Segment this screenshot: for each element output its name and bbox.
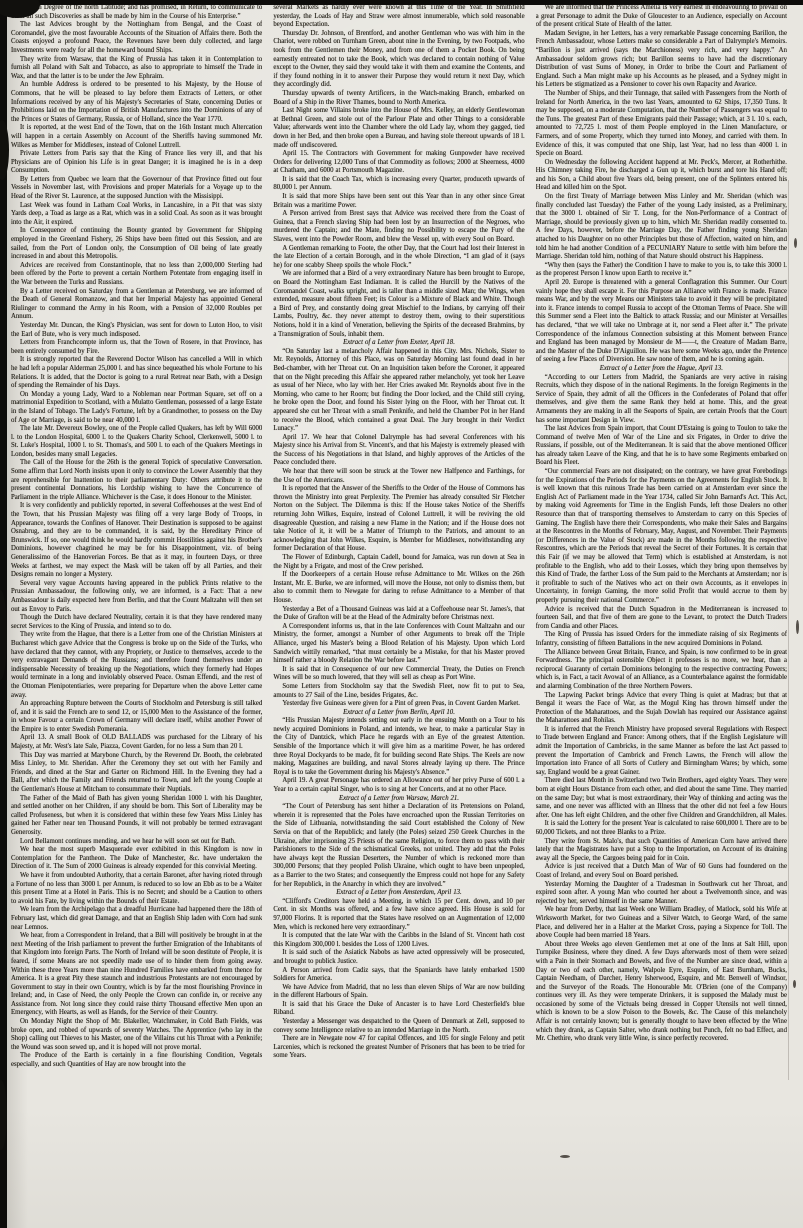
news-paragraph: About three Weeks ago eleven Gentlemen m… — [536, 941, 787, 1044]
news-paragraph: We have Advice from Madrid, that no less… — [273, 984, 524, 1001]
news-paragraph: Thursday Dr. Johnson, of Brentford, and … — [273, 30, 524, 90]
news-paragraph: The King of Prussia has issued Orders fo… — [536, 631, 787, 648]
news-paragraph: Advices are received from Constantinople… — [11, 262, 262, 288]
news-paragraph: We hear, from a Correspondent in Ireland… — [11, 932, 262, 1018]
news-paragraph: Yesterday a Messenger was despatched to … — [273, 1018, 524, 1035]
scan-speck — [793, 980, 796, 988]
news-paragraph: The late Mr. Devereux Bowley, one of the… — [11, 425, 262, 459]
news-paragraph: If the Doorkeepers of a certain House re… — [273, 571, 524, 605]
news-paragraph: We have it from undoubted Authority, tha… — [11, 872, 262, 906]
news-paragraph: We learn from the Archipelago that a dre… — [11, 906, 262, 932]
news-paragraph: We are informed that the Princess Amelia… — [536, 4, 787, 30]
column-1: as the 14th Degree of the north Latitude… — [11, 4, 262, 1200]
news-paragraph: The last Advices brought by the Nottingh… — [11, 21, 262, 55]
scan-speck — [794, 238, 797, 248]
scan-edge-top — [0, 0, 803, 5]
news-paragraph: A Person arrived from Cadiz says, that t… — [273, 967, 524, 984]
news-paragraph: Yesterday Mr. Duncan, the King's Physici… — [11, 322, 262, 339]
news-paragraph: Yesterday a Bet of a Thousand Guineas wa… — [273, 606, 524, 623]
news-paragraph: Yesterday Morning the Daughter of a Trad… — [536, 881, 787, 907]
news-paragraph: April 15. The Contractors with Governmen… — [273, 150, 524, 176]
news-paragraph: several Markets as hardly ever were know… — [273, 4, 524, 30]
news-paragraph: “The Court of Petersburg has sent hither… — [273, 803, 524, 889]
news-paragraph: The Number of Ships, and their Tunnage, … — [536, 90, 787, 159]
news-paragraph: On Wednesday the following Accident happ… — [536, 159, 787, 193]
newspaper-columns: as the 14th Degree of the north Latitude… — [11, 4, 787, 1200]
news-paragraph: “According to our Letters from Madrid, t… — [536, 374, 787, 426]
news-paragraph: It is said that in Consequence of our ne… — [273, 666, 524, 683]
right-margin-rule — [788, 180, 789, 1080]
news-paragraph: Several very vague Accounts having appea… — [11, 580, 262, 614]
news-paragraph: Advice is just received that a Dutch Man… — [536, 863, 787, 880]
news-paragraph: The Alliance between Great Britain, Fran… — [536, 649, 787, 692]
news-paragraph: On Monday a young Lady, Ward to a Noblem… — [11, 391, 262, 425]
news-paragraph: The Produce of the Earth is certainly in… — [11, 1052, 262, 1069]
column-3: We are informed that the Princess Amelia… — [536, 4, 787, 1200]
news-paragraph: “Why then (says the Father) the Conditio… — [536, 262, 787, 279]
news-paragraph: Letters from Franchcompte inform us, tha… — [11, 339, 262, 356]
news-paragraph: Advice is received that the Dutch Squadr… — [536, 606, 787, 632]
scan-edge-blotch — [0, 120, 9, 180]
news-paragraph: It is said that the Coach Tax, which is … — [273, 176, 524, 193]
news-paragraph: They write from the Hague, that there is… — [11, 631, 262, 700]
news-paragraph: “Clifford's Creditors have held a Meetin… — [273, 898, 524, 932]
news-paragraph: In Consequence of continuing the Bounty … — [11, 227, 262, 261]
news-paragraph: By Letters from Quebec we learn that the… — [11, 176, 262, 202]
news-paragraph: Private Letters from Paris say that the … — [11, 150, 262, 176]
news-paragraph: We hear from Derby, that last Week one W… — [536, 906, 787, 940]
news-paragraph: April 13. A small Book of OLD BALLADS wa… — [11, 734, 262, 751]
news-paragraph: A Person arrived from Brest says that Ad… — [273, 210, 524, 244]
news-paragraph: It is computed that the late War with th… — [273, 932, 524, 949]
news-paragraph: By a Letter received on Saturday from a … — [11, 288, 262, 322]
news-paragraph: The Flower of Edinburgh, Captain Cadell,… — [273, 554, 524, 571]
news-paragraph: They write from St. Malo's, that such Qu… — [536, 838, 787, 864]
news-paragraph: Lord Bellamont continues mending, and we… — [11, 838, 262, 847]
letter-extract-heading: Extract of a Letter from Exeter, April 1… — [273, 339, 524, 348]
news-paragraph: Last Week was found in Latham Coal Works… — [11, 202, 262, 228]
news-paragraph: April 19. A great Personage has ordered … — [273, 777, 524, 794]
news-paragraph: On Monday Night the Shop of Mr. Blakelle… — [11, 1018, 262, 1052]
news-paragraph: The last Advices from Spain import, that… — [536, 425, 787, 468]
news-paragraph: It is very confidently and publickly rep… — [11, 502, 262, 579]
news-paragraph: This Day was married at Marybone Church,… — [11, 752, 262, 795]
news-paragraph: An humble Address is ordered to be prese… — [11, 81, 262, 124]
news-paragraph: as the 14th Degree of the north Latitude… — [11, 4, 262, 21]
news-paragraph: It is said such of the Asiatick Nabobs a… — [273, 949, 524, 966]
news-paragraph: There are in Newgate now 47 for capital … — [273, 1035, 524, 1061]
news-paragraph: Though the Dutch have declared Neutralit… — [11, 614, 262, 631]
news-paragraph: The Lapwing Packet brings Advice that ev… — [536, 692, 787, 726]
news-paragraph: “His Prussian Majesty intends setting ou… — [273, 717, 524, 777]
news-paragraph: They write from Warsaw, that the King of… — [11, 56, 262, 82]
news-paragraph: It is reported, at the west End of the T… — [11, 124, 262, 150]
letter-extract-heading: Extract of a Letter from Amsterdam, Apri… — [273, 889, 524, 898]
news-paragraph: Thursday upwards of twenty Artificers, i… — [273, 90, 524, 107]
news-paragraph: An approaching Rupture between the Court… — [11, 700, 262, 734]
news-paragraph: April 17. We hear that Colonel Dalrymple… — [273, 434, 524, 468]
letter-extract-heading: Extract of a Letter from Berlin, April 1… — [273, 709, 524, 718]
newspaper-page: as the 14th Degree of the north Latitude… — [0, 0, 803, 1228]
news-paragraph: Some Letters from Stockholm say that the… — [273, 683, 524, 700]
news-paragraph: We hear that there will soon be struck a… — [273, 468, 524, 485]
news-paragraph: A Gentleman remarking to Foote, the othe… — [273, 245, 524, 271]
news-paragraph: The Call of the House for the 26th is th… — [11, 459, 262, 502]
letter-extract-heading: Extract of a Letter from Warsaw, March 2… — [273, 795, 524, 804]
news-paragraph: Last Night some Villains broke into the … — [273, 107, 524, 150]
news-paragraph: Madam Sevigne, in her Letters, has a ver… — [536, 30, 787, 90]
letter-extract-heading: Extract of a Letter from the Hague, Apri… — [536, 365, 787, 374]
column-2: several Markets as hardly ever were know… — [273, 4, 524, 1200]
news-paragraph: It is said that his Grace the Duke of An… — [273, 1001, 524, 1018]
news-paragraph: It is reported that the Answer of the Sh… — [273, 485, 524, 554]
news-paragraph: It is inferred that the French Ministry … — [536, 726, 787, 778]
news-paragraph: It is said the Lottery for the present Y… — [536, 820, 787, 837]
news-paragraph: We hear the most superb Masquerade ever … — [11, 846, 262, 872]
news-paragraph: We are informed that a Bird of a very ex… — [273, 270, 524, 339]
news-paragraph: “On Saturday last a melancholy Affair ha… — [273, 348, 524, 434]
news-paragraph: It is strongly reported that the Reveren… — [11, 356, 262, 390]
news-paragraph: April 20. Europe is threatened with a ge… — [536, 279, 787, 365]
news-paragraph: “Our commercial Fears are not dissipated… — [536, 468, 787, 606]
news-paragraph: Yesterday five Guineas were given for a … — [273, 700, 524, 709]
scan-speck — [560, 1155, 570, 1158]
news-paragraph: It is said that more Ships have been sen… — [273, 193, 524, 210]
scan-speck — [796, 620, 799, 634]
news-paragraph: A Correspondent informs us, that in the … — [273, 623, 524, 666]
news-paragraph: The Father of the Maid of Bath has given… — [11, 795, 262, 838]
news-paragraph: On the first Treaty of Marriage between … — [536, 193, 787, 262]
news-paragraph: There died last Month in Switzerland two… — [536, 777, 787, 820]
